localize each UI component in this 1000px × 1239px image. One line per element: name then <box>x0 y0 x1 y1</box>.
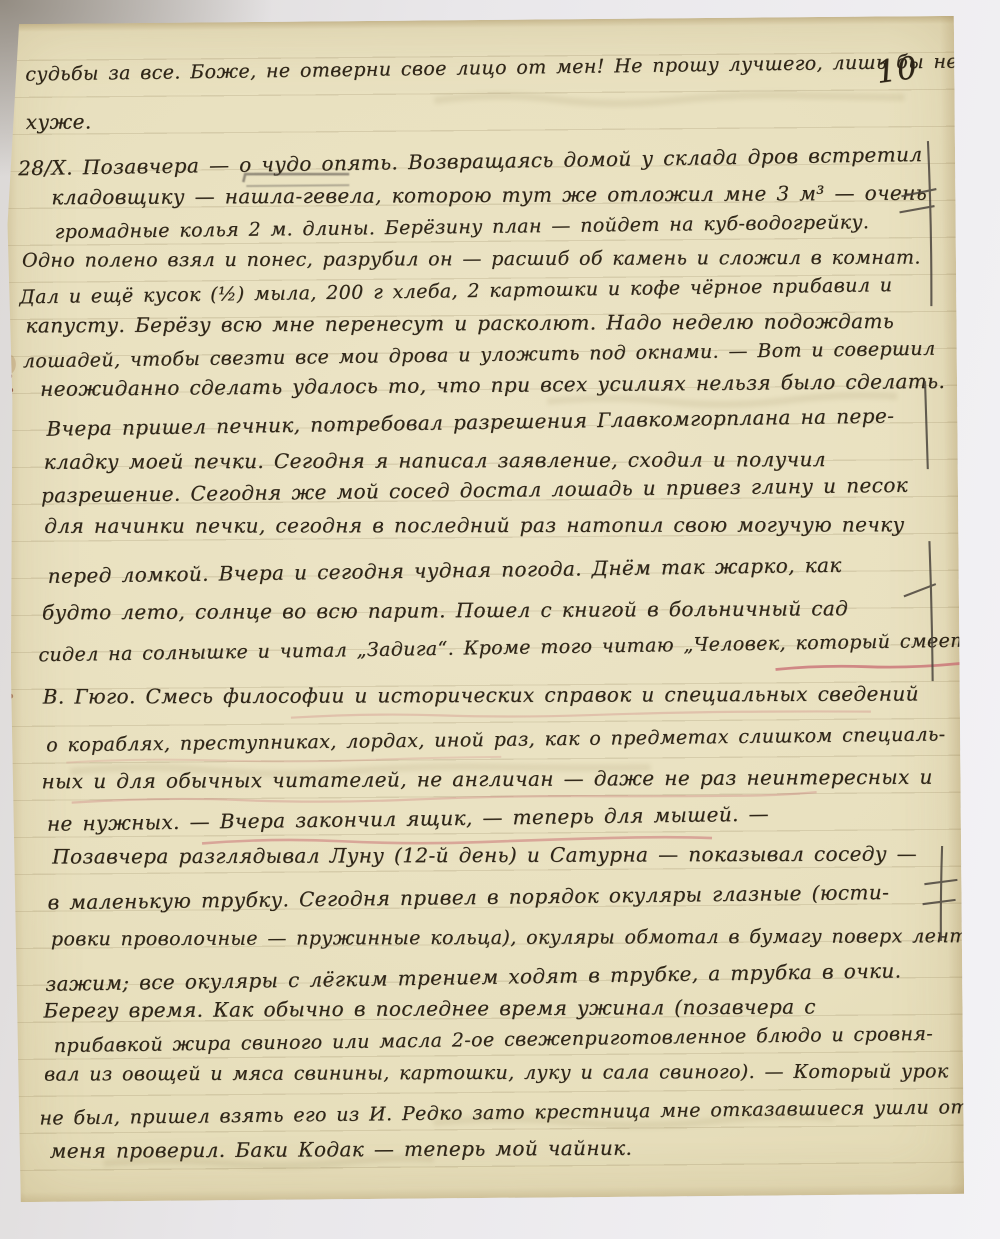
manuscript-line: громадные колья 2 м. длины. Берёзину пла… <box>55 209 870 245</box>
manuscript-line: в маленькую трубку. Сегодня привел в пор… <box>47 879 889 915</box>
margin-mark-line-3 <box>929 541 932 681</box>
margin-mark-line-1 <box>928 141 932 306</box>
manuscript-line: о кораблях, преступниках, лордах, иной р… <box>46 721 946 758</box>
manuscript-line: судьбы за все. Боже, не отверни свое лиц… <box>25 48 1000 88</box>
manuscript-line: капусту. Берёзу всю мне перенесут и раск… <box>25 308 894 339</box>
manuscript-line: для начинки печки, сегодня в последний р… <box>44 511 904 539</box>
manuscript-line: не нужных. — Вчера закончил ящик, — тепе… <box>47 801 769 837</box>
manuscript-line: прибавкой жира свиного или масла 2-ое св… <box>54 1021 934 1059</box>
manuscript-lines: судьбы за все. Боже, не отверни свое лиц… <box>4 16 954 24</box>
ink-stains <box>4 354 19 699</box>
manuscript-line: вал из овощей и мяса свинины, картошки, … <box>44 1058 949 1087</box>
manuscript-line: будто лето, солнце во всю парит. Пошел с… <box>42 595 848 625</box>
manuscript-line: ных и для обычных читателей, не англичан… <box>41 764 932 795</box>
manuscript-line: сидел на солнышке и читал „Задига“. Кром… <box>38 627 985 668</box>
manuscript-line: зажим; все окуляры с лёгким трением ходя… <box>45 957 901 996</box>
manuscript-line: Одно полено взял и понес, разрубил он — … <box>22 245 921 274</box>
manuscript-line: Дал и ещё кусок (½) мыла, 200 г хлеба, 2… <box>19 272 892 310</box>
manuscript-page: 10 судьбы за все. Боже, не отверни свое … <box>4 16 964 1202</box>
manuscript-line: ровки проволочные — пружинные кольца), о… <box>51 923 984 952</box>
manuscript-line: хуже. <box>26 108 92 135</box>
manuscript-line: разрешение. Сегодня же мой сосед достал … <box>41 472 908 509</box>
margin-mark-line-2 <box>925 381 928 469</box>
manuscript-line: В. Гюго. Смесь философии и исторических … <box>43 681 919 710</box>
manuscript-line: кладку моей печки. Сегодня я написал зая… <box>44 446 826 475</box>
manuscript-line: Берегу время. Как обычно в последнее вре… <box>43 993 815 1023</box>
manuscript-line: перед ломкой. Вчера и сегодня чудная пог… <box>48 552 842 589</box>
manuscript-line: Вчера пришел печник, потребовал разрешен… <box>46 402 894 441</box>
manuscript-line: 28/X. Позавчера — о чудо опять. Возвраща… <box>18 141 923 181</box>
manuscript-line: не был, пришел взять его из И. Редко зат… <box>39 1094 969 1131</box>
manuscript-line: неожиданно сделать удалось то, что при в… <box>40 368 945 402</box>
manuscript-line: кладовщику — нашла-гевела, которою тут ж… <box>51 180 927 211</box>
manuscript-line: Позавчера разглядывал Луну (12-й день) и… <box>52 840 917 869</box>
photographed-manuscript: 10 судьбы за все. Боже, не отверни свое … <box>0 0 1000 1239</box>
manuscript-line: меня проверил. Баки Кодак — теперь мой ч… <box>50 1135 633 1164</box>
